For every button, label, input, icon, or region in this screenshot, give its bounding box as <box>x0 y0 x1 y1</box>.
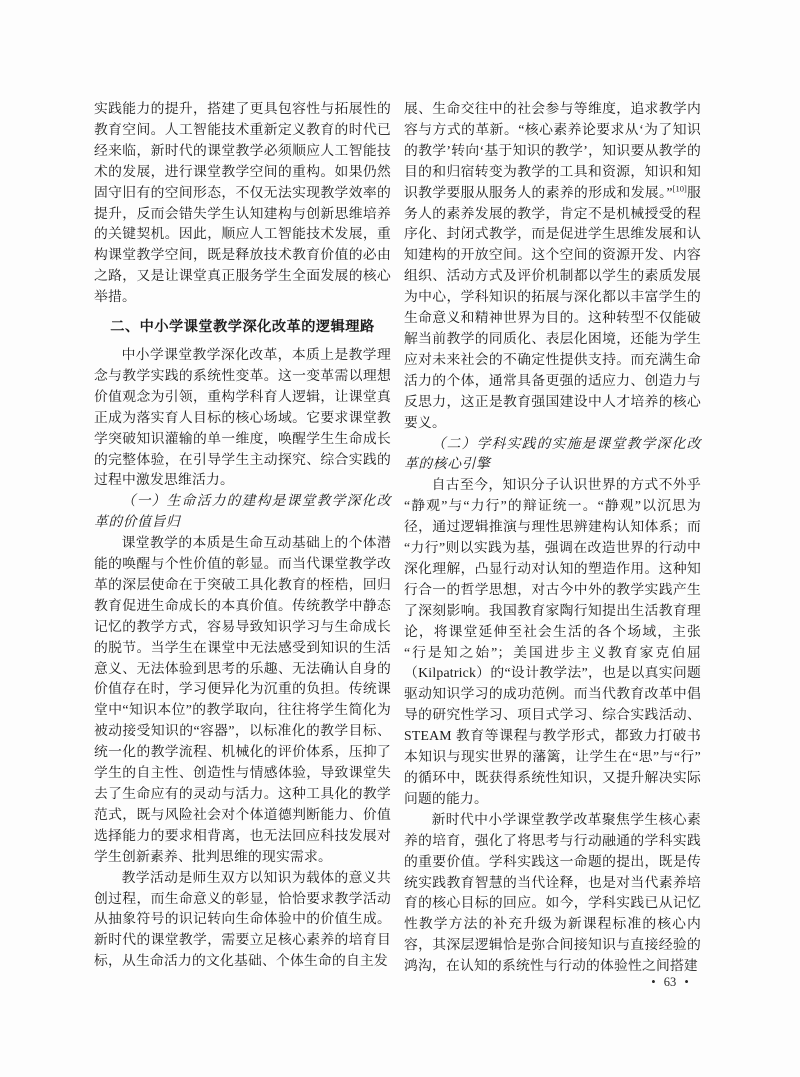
body-paragraph: 自古至今，知识分子认识世界的方式不外乎“静观”与“力行”的辩证统一。“静观”以沉… <box>404 475 701 810</box>
text-column-left: 实践能力的提升，搭建了更具包容性与拓展性的教育空间。人工智能技术重新定义教育的时… <box>94 99 391 972</box>
body-paragraph: 课堂教学的本质是生命互动基础上的个体潜能的唤醒与个性价值的彰显。而当代课堂教学改… <box>94 533 391 868</box>
subsection-heading: （一）生命活力的建构是课堂教学深化改革的价值旨归 <box>94 491 391 533</box>
page-number: • 63 • <box>638 975 702 990</box>
body-paragraph: 展、生命交往中的社会参与等维度，追求教学内容与方式的革新。“核心素养论要求从‘为… <box>404 99 701 434</box>
citation-marker: [10] <box>673 183 687 193</box>
subsection-heading: （二）学科实践的实施是课堂教学深化改革的核心引擎 <box>404 434 701 476</box>
body-paragraph: 中小学课堂教学深化改革，本质上是教学理念与教学实践的系统性变革。这一变革需以理想… <box>94 345 391 491</box>
body-paragraph: 新时代中小学课堂教学改革聚焦学生核心素养的培育，强化了将思考与行动融通的学科实践… <box>404 810 701 977</box>
journal-page: 实践能力的提升，搭建了更具包容性与拓展性的教育空间。人工智能技术重新定义教育的时… <box>0 0 800 1077</box>
body-paragraph: 实践能力的提升，搭建了更具包容性与拓展性的教育空间。人工智能技术重新定义教育的时… <box>94 99 391 308</box>
text-column-right: 展、生命交往中的社会参与等维度，追求教学内容与方式的革新。“核心素养论要求从‘为… <box>404 99 701 977</box>
section-heading: 二、中小学课堂教学深化改革的逻辑理路 <box>94 317 391 338</box>
body-paragraph: 教学活动是师生双方以知识为载体的意义共创过程，而生命意义的彰显，恰恰要求教学活动… <box>94 868 391 973</box>
